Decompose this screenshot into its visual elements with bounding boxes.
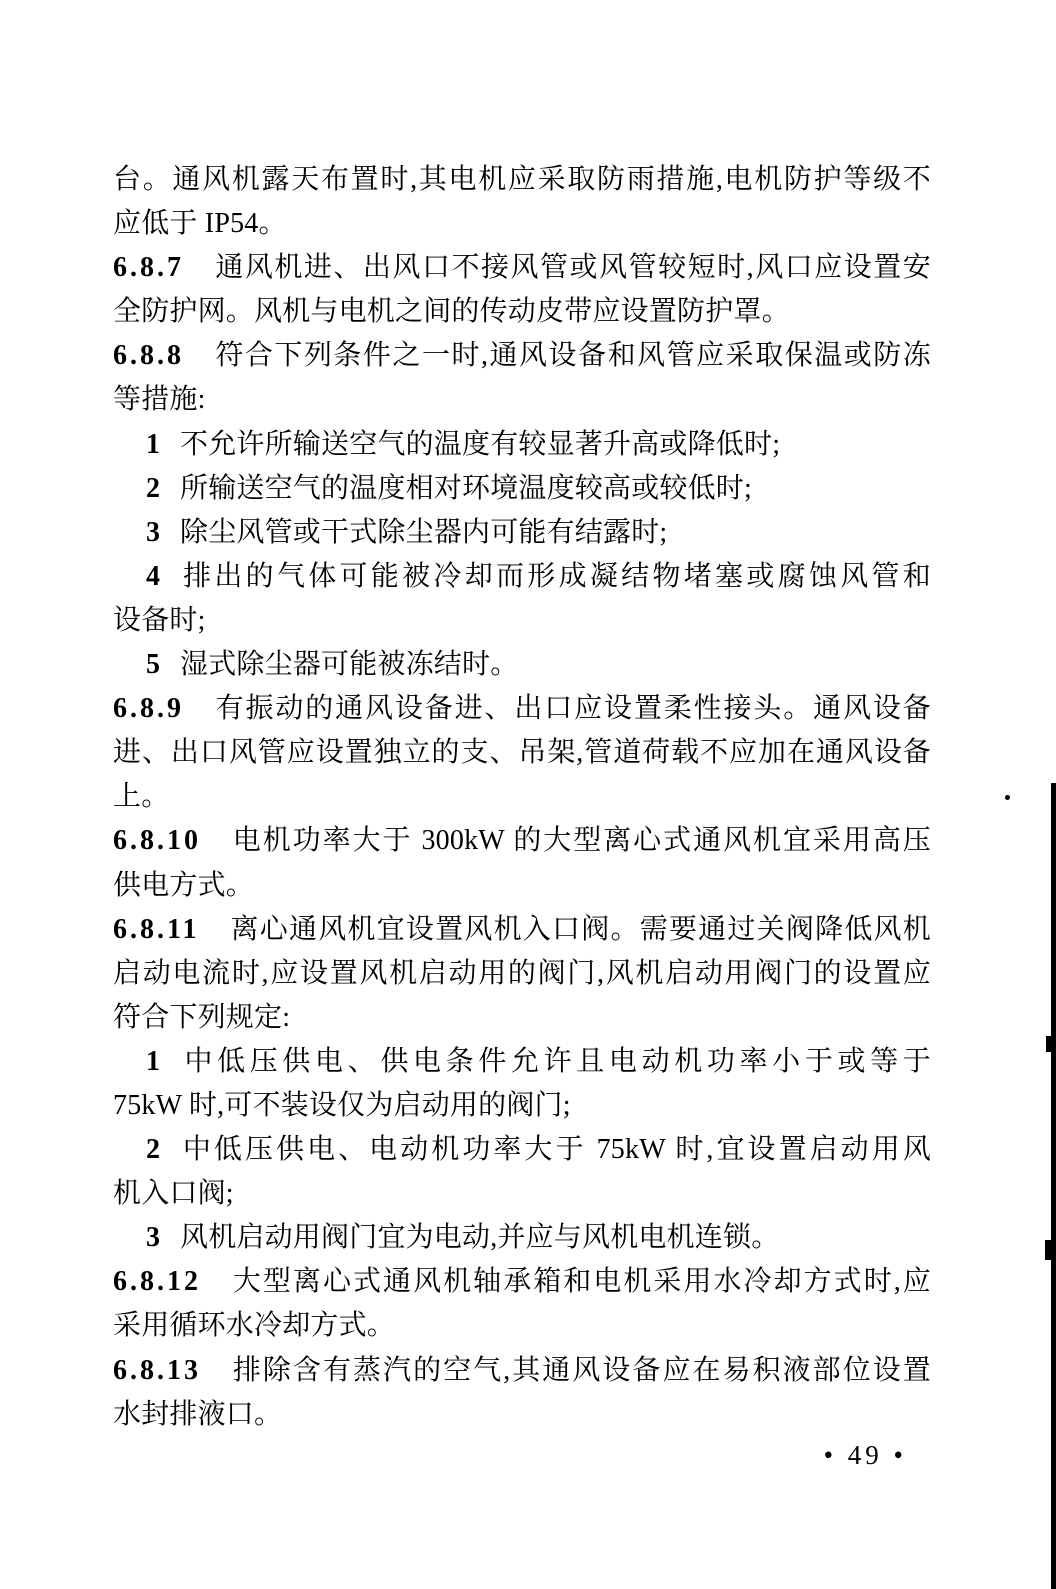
item-number: 2 [146, 473, 163, 504]
line-text: 台。通风机露天布置时,其电机应采取防雨措施,电机防护等级不 [113, 164, 931, 195]
line-text: 供电方式。 [113, 870, 254, 901]
clause-line: 6.8.7通风机进、出风口不接风管或风管较短时,风口应设置安 [113, 246, 931, 290]
clause-number: 6.8.7 [113, 252, 184, 283]
line-text: 通风机进、出风口不接风管或风管较短时,风口应设置安 [214, 252, 931, 283]
clause-line: 6.8.8符合下列条件之一时,通风设备和风管应采取保温或防冻 [113, 334, 931, 378]
text-line: 供电方式。 [113, 864, 931, 908]
clause-number: 6.8.8 [113, 340, 184, 371]
list-item-line: 3除尘风管或干式除尘器内可能有结露时; [113, 511, 931, 555]
text-line: 符合下列规定: [113, 996, 931, 1040]
text-line: 75kW 时,可不装设仅为启动用的阀门; [113, 1084, 931, 1128]
text-line: 水封排液口。 [113, 1393, 931, 1437]
line-text: 机入口阀; [113, 1178, 234, 1209]
line-text: 设备时; [113, 605, 206, 636]
text-block: 台。通风机露天布置时,其电机应采取防雨措施,电机防护等级不应低于 IP54。6.… [113, 158, 931, 1437]
list-item-line: 1不允许所输送空气的温度有较显著升高或降低时; [113, 423, 931, 467]
clause-number: 6.8.12 [113, 1266, 201, 1297]
line-text: 等措施: [113, 384, 206, 415]
scanned-document-page: 台。通风机露天布置时,其电机应采取防雨措施,电机防护等级不应低于 IP54。6.… [0, 0, 1056, 1589]
line-text: 风机启动用阀门宜为电动,并应与风机电机连锁。 [180, 1222, 779, 1253]
line-text: 75kW 时,可不装设仅为启动用的阀门; [113, 1090, 571, 1121]
line-text: 启动电流时,应设置风机启动用的阀门,风机启动用阀门的设置应 [113, 958, 931, 989]
line-text: 除尘风管或干式除尘器内可能有结露时; [180, 517, 667, 548]
line-text: 中低压供电、电动机功率大于 75kW 时,宜设置启动用风 [180, 1134, 931, 1165]
line-text: 大型离心式通风机轴承箱和电机采用水冷却方式时,应 [231, 1266, 931, 1297]
item-number: 5 [146, 649, 163, 680]
clause-line: 6.8.10电机功率大于 300kW 的大型离心式通风机宜采用高压 [113, 819, 931, 863]
list-item-line: 2中低压供电、电动机功率大于 75kW 时,宜设置启动用风 [113, 1128, 931, 1172]
text-line: 全防护网。风机与电机之间的传动皮带应设置防护罩。 [113, 290, 931, 334]
line-text: 水封排液口。 [113, 1399, 282, 1430]
clause-line: 6.8.13排除含有蒸汽的空气,其通风设备应在易积液部位设置 [113, 1349, 931, 1393]
text-line: 上。 [113, 775, 931, 819]
text-line: 台。通风机露天布置时,其电机应采取防雨措施,电机防护等级不 [113, 158, 931, 202]
item-number: 3 [146, 517, 163, 548]
scan-edge-line [1051, 783, 1056, 1589]
item-number: 3 [146, 1222, 163, 1253]
item-number: 1 [146, 429, 163, 460]
scan-edge-artifact [1046, 1036, 1053, 1052]
text-line: 设备时; [113, 599, 931, 643]
list-item-line: 3风机启动用阀门宜为电动,并应与风机电机连锁。 [113, 1216, 931, 1260]
list-item-line: 4排出的气体可能被冷却而形成凝结物堵塞或腐蚀风管和 [113, 555, 931, 599]
clause-line: 6.8.12大型离心式通风机轴承箱和电机采用水冷却方式时,应 [113, 1260, 931, 1304]
item-number: 2 [146, 1134, 163, 1165]
scan-edge-artifact [1045, 1240, 1053, 1260]
line-text: 电机功率大于 300kW 的大型离心式通风机宜采用高压 [231, 825, 931, 856]
line-text: 排除含有蒸汽的空气,其通风设备应在易积液部位设置 [231, 1355, 931, 1386]
line-text: 采用循环水冷却方式。 [113, 1310, 395, 1341]
line-text: 湿式除尘器可能被冻结时。 [180, 649, 518, 680]
line-text: 上。 [113, 781, 169, 812]
scan-speck-artifact [1005, 795, 1010, 800]
text-line: 等措施: [113, 378, 931, 422]
line-text: 符合下列规定: [113, 1002, 290, 1033]
list-item-line: 2所输送空气的温度相对环境温度较高或较低时; [113, 467, 931, 511]
list-item-line: 5湿式除尘器可能被冻结时。 [113, 643, 931, 687]
item-number: 1 [146, 1046, 163, 1077]
clause-line: 6.8.9有振动的通风设备进、出口应设置柔性接头。通风设备 [113, 687, 931, 731]
page-number: • 49 • [113, 1437, 907, 1473]
line-text: 符合下列条件之一时,通风设备和风管应采取保温或防冻 [214, 340, 931, 371]
line-text: 不允许所输送空气的温度有较显著升高或降低时; [180, 429, 780, 460]
clause-line: 6.8.11离心通风机宜设置风机入口阀。需要通过关阀降低风机 [113, 908, 931, 952]
item-number: 4 [146, 561, 163, 592]
line-text: 所输送空气的温度相对环境温度较高或较低时; [180, 473, 752, 504]
text-line: 启动电流时,应设置风机启动用的阀门,风机启动用阀门的设置应 [113, 952, 931, 996]
text-line: 采用循环水冷却方式。 [113, 1304, 931, 1348]
line-text: 全防护网。风机与电机之间的传动皮带应设置防护罩。 [113, 296, 790, 327]
clause-number: 6.8.13 [113, 1355, 201, 1386]
clause-number: 6.8.10 [113, 825, 201, 856]
line-text: 进、出口风管应设置独立的支、吊架,管道荷载不应加在通风设备 [113, 737, 931, 768]
text-line: 进、出口风管应设置独立的支、吊架,管道荷载不应加在通风设备 [113, 731, 931, 775]
list-item-line: 1中低压供电、供电条件允许且电动机功率小于或等于 [113, 1040, 931, 1084]
line-text: 应低于 IP54。 [113, 208, 287, 239]
clause-number: 6.8.11 [113, 914, 199, 945]
line-text: 离心通风机宜设置风机入口阀。需要通过关阀降低风机 [229, 914, 931, 945]
line-text: 有振动的通风设备进、出口应设置柔性接头。通风设备 [214, 693, 931, 724]
line-text: 排出的气体可能被冷却而形成凝结物堵塞或腐蚀风管和 [180, 561, 931, 592]
clause-number: 6.8.9 [113, 693, 184, 724]
text-line: 应低于 IP54。 [113, 202, 931, 246]
text-line: 机入口阀; [113, 1172, 931, 1216]
line-text: 中低压供电、供电条件允许且电动机功率小于或等于 [180, 1046, 931, 1077]
